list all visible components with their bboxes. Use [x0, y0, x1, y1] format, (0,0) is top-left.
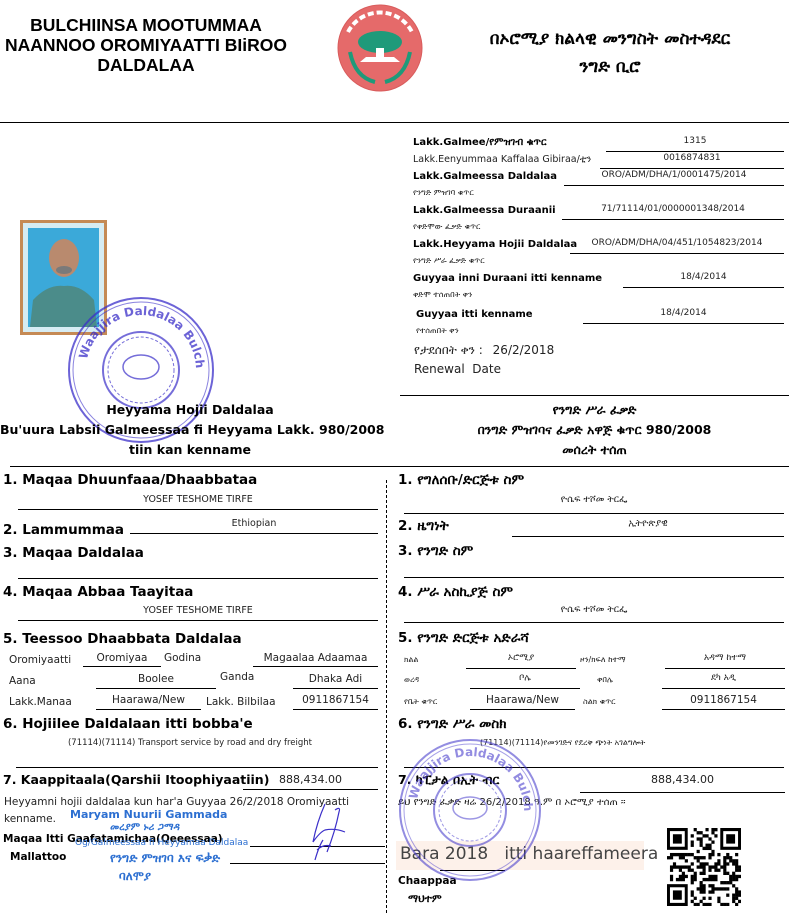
right-s1-label: 1. የግለሰቡ/ድርጅቱ ስም	[398, 472, 524, 488]
renewal-date-value: 26/2/2018	[493, 343, 555, 357]
right-house-label: የቤት ቁጥር	[404, 697, 437, 707]
registration-underline-2	[564, 185, 784, 186]
renewal-date-row: የታደሰበት ቀን : 26/2/2018	[414, 343, 554, 358]
registration-sublabel-5: ቀድሞ ተሰጠበት ቀን	[413, 290, 472, 300]
registration-label-3: Lakk.Galmeessa Duraanii	[413, 205, 556, 216]
header-title-om-line2: NAANNOO OROMIYAATTI BIiROO	[0, 35, 292, 55]
stamp-role-am-2: ባለሞያ	[80, 869, 190, 884]
title-top-divider	[400, 395, 789, 396]
title-om-line1: Heyyama Hojii Daldalaa	[0, 400, 380, 420]
header-title-om-line1: BULCHIINSA MOOTUMMAA	[0, 15, 292, 35]
column-divider	[386, 480, 387, 913]
left-s4-label: 4. Maqaa Abbaa Taayitaa	[3, 584, 193, 600]
left-s7-label: 7. Kaappitaala(Qarshii Itoophiyaatiin)	[3, 772, 269, 787]
left-zone-label: Godina	[164, 652, 201, 664]
left-s2-value: Ethiopian	[130, 518, 378, 529]
title-block-amharic: የንግድ ሥራ ፈቃድ በንግድ ምዝገባና ፈቃድ አዋጅ ቁጥር 980/2…	[400, 400, 789, 460]
stamp-name-am: መረያም ኑሪ ጋማዳ	[70, 822, 220, 833]
right-phone-label: ስልክ ቁጥር	[583, 697, 616, 707]
left-kebele-value: Dhaka Adi	[293, 673, 378, 685]
left-woreda-value: Boolee	[96, 673, 216, 685]
right-house-value: Haarawa/New	[470, 694, 575, 706]
registration-label-5: Guyyaa inni Duraani itti kenname	[413, 273, 602, 284]
registration-value-6: 18/4/2014	[583, 308, 784, 318]
signature-icon	[305, 802, 350, 862]
right-s3-label: 3. የንግድ ስም	[398, 543, 473, 559]
registration-underline-0	[606, 151, 784, 152]
oromia-emblem-icon	[330, 2, 430, 94]
right-phone-value: 0911867154	[662, 694, 785, 706]
left-s1-value: YOSEF TESHOME TIRFE	[18, 494, 378, 505]
header-title-amharic: በኦሮሚያ ክልላዊ መንግስት መስተዳደር ንግድ ቢሮ	[440, 25, 780, 81]
left-s1-label: 1. Maqaa Dhuunfaaa/Dhaabbataa	[3, 472, 257, 488]
registration-label-1: Lakk.Eenyummaa Kaffalaa Gibiraa/ቲን	[413, 154, 591, 165]
registration-label-4: Lakk.Heyyama Hojii Daldalaa	[413, 239, 577, 250]
left-zone-value: Magaalaa Adaamaa	[253, 652, 378, 664]
registration-value-4: ORO/ADM/DHA/04/451/1054823/2014	[570, 238, 784, 248]
registration-sublabel-3: የቀድሞው ፈቃድ ቁጥር	[413, 222, 480, 232]
left-s6-value: (71114)(71114) Transport service by road…	[0, 738, 380, 748]
left-region-label: Oromiyaatti	[9, 654, 71, 666]
left-s7-value: 888,434.00	[243, 773, 378, 786]
right-s7-value: 888,434.00	[580, 773, 785, 786]
left-s5-label: 5. Teessoo Dhaabbata Daldalaa	[3, 631, 242, 647]
left-s6-label: 6. Hojiilee Daldalaan itti bobba'e	[3, 716, 253, 732]
left-s3-label: 3. Maqaa Daldalaa	[3, 545, 144, 561]
right-region-label: ክልል	[404, 655, 418, 665]
registration-value-3: 71/71114/01/0000001348/2014	[562, 204, 784, 214]
title-om-line2: Bu'uura Labsii Galmeessaa fi Heyyama Lak…	[0, 420, 380, 440]
right-region-value: ኦሮሚያ	[466, 653, 576, 663]
registration-value-2: ORO/ADM/DHA/1/0001475/2014	[564, 170, 784, 180]
renewal-label-am: የታደሰበት ቀን :	[414, 343, 483, 357]
header-title-oromo: BULCHIINSA MOOTUMMAA NAANNOO OROMIYAATTI…	[0, 15, 292, 75]
left-s2-label: 2. Lammummaa	[3, 522, 124, 538]
right-woreda-label: ወረዳ	[404, 675, 419, 685]
left-woreda-label: Aana	[9, 675, 36, 687]
qr-code-icon	[667, 828, 741, 906]
registration-label-2: Lakk.Galmeessa Daldalaa	[413, 171, 557, 182]
title-am-line3: መሰረት ተሰጠ	[400, 440, 789, 460]
registration-underline-1	[600, 168, 784, 169]
left-house-label: Lakk.Manaa	[9, 696, 72, 708]
left-kebele-label: Ganda	[220, 671, 254, 683]
title-om-line3: tiin kan kenname	[0, 440, 380, 460]
registration-sublabel-6: የተሰጠበት ቀን	[416, 326, 459, 336]
header-title-am-line1: በኦሮሚያ ክልላዊ መንግስት መስተዳደር	[440, 25, 780, 53]
stamp-role-om: Og/Galmeessaa fi Heyyamaa Daldalaa	[75, 838, 255, 848]
left-region-value: Oromiyaa	[83, 652, 161, 664]
right-s5-label: 5. የንግድ ድርጅቱ አድራሻ	[398, 630, 529, 646]
registration-underline-6	[583, 323, 784, 324]
registration-sublabel-2: የንግድ ምዝገባ ቁጥር	[413, 188, 474, 198]
right-kebele-label: ቀበሌ	[597, 675, 613, 685]
right-s2-label: 2. ዜግነት	[398, 518, 449, 534]
renewal-label-en: Renewal Date	[414, 362, 501, 376]
registration-value-0: 1315	[606, 136, 784, 146]
right-s4-label: 4. ሥራ አስኪያጅ ስም	[398, 584, 513, 600]
stamp-role-am-1: የንግድ ምዝገባ እና ፍቃድ	[80, 851, 250, 866]
right-zone-value: አዳማ ከተማ	[665, 653, 785, 663]
left-phone-label: Lakk. Bilbilaa	[206, 696, 276, 708]
stamp-name-om: Maryam Nuurii Gammada	[70, 808, 220, 821]
right-s1-value: ዮሴፍ ተሾመ ትርፌ	[404, 494, 784, 505]
left-s4-value: YOSEF TESHOME TIRFE	[18, 605, 378, 616]
registration-label-6: Guyyaa itti kenname	[416, 309, 533, 320]
registration-underline-3	[562, 219, 784, 220]
signature-label: Mallattoo	[10, 851, 66, 863]
header-divider	[0, 122, 789, 123]
left-house-value: Haarawa/New	[96, 694, 201, 706]
seal-label-am: ማህተም	[408, 893, 442, 906]
title-am-line2: በንግድ ምዝገባና ፈቃድ አዋጅ ቁጥር 980/2008	[400, 420, 789, 440]
registration-underline-4	[570, 253, 784, 254]
registration-value-5: 18/4/2014	[623, 272, 784, 282]
title-am-line1: የንግድ ሥራ ፈቃድ	[400, 400, 789, 420]
right-s2-value: ኢትዮጵያዊ	[512, 518, 784, 529]
official-stamp-right: Waajjira Daldalaa Bulchiinsa	[398, 735, 543, 885]
registration-label-0: Lakk.Galmee/የምዝገብ ቁጥር	[413, 137, 547, 148]
header-title-am-line2: ንግድ ቢሮ	[440, 53, 780, 81]
registration-sublabel-4: የንግድ ሥራ ፈቃድ ቁጥር	[413, 256, 485, 266]
registration-underline-5	[623, 287, 784, 288]
header-title-om-line3: DALDALAA	[0, 55, 292, 75]
sections-top-divider	[10, 466, 789, 467]
right-kebele-value: ደካ አዲ	[662, 673, 785, 683]
right-s6-label: 6. የንግድ ሥራ መስክ	[398, 716, 507, 732]
left-phone-value: 0911867154	[293, 694, 378, 706]
registration-value-1: 0016874831	[600, 153, 784, 163]
right-s4-value: ዮሴፍ ተሾመ ትርፌ	[404, 604, 784, 615]
right-zone-label: ዞን/ክፍለ ከተማ	[580, 655, 626, 665]
right-woreda-value: ቦሌ	[470, 673, 580, 683]
title-block-oromo: Heyyama Hojii Daldalaa Bu'uura Labsii Ga…	[0, 400, 380, 460]
